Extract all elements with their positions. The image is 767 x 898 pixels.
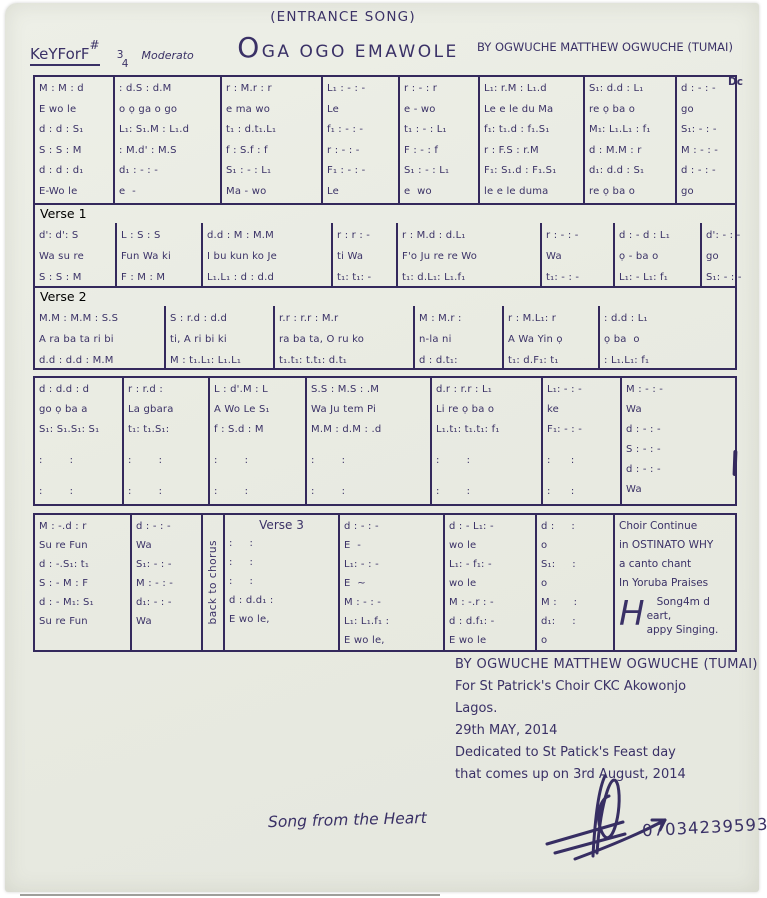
verse3-label: Verse 3 [229, 517, 334, 534]
notation-line: f : S.f : f [226, 141, 317, 162]
notation-line: t₁.t₁: t.t₁: d.t₁ [279, 350, 409, 371]
notation-cell: d': d': SWa su reS : S : M [35, 223, 117, 286]
notation-line: d : - : - [344, 517, 439, 536]
notation-line: M : - : - [344, 593, 439, 612]
notation-line: S : r.d : d.d [170, 308, 269, 329]
notation-line: L₁: - L₁: f₁ [619, 267, 696, 288]
notation-line: S : - : - [626, 440, 735, 460]
notation-line: f₁ : - : - [327, 120, 394, 141]
notation-line: ti, A ri bi ki [170, 329, 269, 350]
notation-line: M : t₁.L₁: L₁.L₁ [170, 350, 269, 371]
notation-cell: r : r.d :La gbarat₁: t₁.S₁:: :: : [124, 378, 210, 504]
notation-line: M : - : - [626, 380, 735, 400]
notation-line: E-Wo le [39, 182, 109, 203]
notation-line: d : - L₁: - [449, 517, 531, 536]
notation-line: t₁ : d.t₁.L₁ [226, 120, 317, 141]
notation-line: Le [327, 100, 394, 121]
notation-line: : d.d : L₁ [604, 308, 735, 329]
notation-line: r : - : - [546, 225, 609, 246]
stave-columns: M.M : M.M : S.SA ra ba ta ri bid.d : d.d… [35, 306, 735, 368]
notation-line: Wa [546, 246, 609, 267]
notation-cell: : d.d : L₁ọ ba o: L₁.L₁: f₁ [600, 306, 739, 368]
notation-line: L₁.L₁ : d : d.d [207, 267, 327, 288]
notation-cell: L₁: r.M : L₁.dLe e le du Maf₁: t₁.d : f₁… [480, 77, 585, 203]
notation-line: t₁: d.L₁: L₁.f₁ [402, 267, 536, 288]
notation-cell: d': - : -goS₁: - : - [702, 223, 739, 286]
notation-line: o ọ ga o go [119, 100, 216, 121]
notation-cell: r : r : -ti Wat₁: t₁: - [333, 223, 398, 286]
notation-line: A ra ba ta ri bi [39, 329, 160, 350]
choir-note-cell: Choir Continuein OSTINATO WHYa canto cha… [615, 515, 739, 650]
notation-line: S₁: d.d : L₁ [589, 79, 671, 100]
verse2-staff: Verse 2M.M : M.M : S.SA ra ba ta ri bid.… [33, 286, 737, 370]
notation-cell: M : M : dE wo led : d : S₁S : S : Md : d… [35, 77, 115, 203]
stave-columns: d': d': SWa su reS : S : ML : S : SFun W… [35, 223, 735, 286]
notation-line: : : [547, 482, 616, 502]
notation-line: : M.d' : M.S [119, 141, 216, 162]
notation-line: : : [229, 553, 334, 572]
notation-cell: d : - d : L₁ọ - ba oL₁: - L₁: f₁ [615, 223, 702, 286]
notation-line: go [681, 100, 735, 121]
notation-cell: d : d.d : dgo ọ ba aS₁: S₁.S₁: S₁: :: : [35, 378, 124, 504]
notation-line: d : -.S₁: t₁ [39, 555, 126, 574]
verse-label: Verse 1 [35, 205, 735, 223]
notation-line: S₁ : - : L₁ [404, 161, 474, 182]
choir-note-line: In Yoruba Praises [619, 574, 735, 593]
notation-cell: r : - : re - wot₁ : - : L₁F : - : fS₁ : … [400, 77, 480, 203]
notation-line: L₁: - : - [344, 555, 439, 574]
notation-line: r : - : - [327, 141, 394, 162]
composer-name: OGWUCHE MATTHEW OGWUCHE (TUMAI) [495, 40, 733, 54]
notation-line: r.r : r.r : M.r [279, 308, 409, 329]
notation-line: re ọ ba o [589, 182, 671, 203]
notation-cell: L : d'.M : LA Wo Le S₁f : S.d : M: :: : [210, 378, 307, 504]
tempo-marking: Moderato [141, 49, 193, 62]
notation-line: r : r : - [337, 225, 392, 246]
notation-cell: d : - L₁: -wo leL₁: - f₁: -wo leM : -.r … [445, 515, 537, 650]
notation-line: d : : [541, 517, 609, 536]
notation-line: F'o Ju re re Wo [402, 246, 536, 267]
byline: BY OGWUCHE MATTHEW OGWUCHE (TUMAI) [477, 40, 761, 54]
notation-line: : : [311, 482, 426, 502]
notation-line: L₁: - f₁: - [449, 555, 531, 574]
notation-line: d : d : d₁ [39, 161, 109, 182]
notation-line: M : : [541, 593, 609, 612]
notation-line: d₁ : - : - [119, 161, 216, 182]
notation-line: d : - : - [681, 79, 735, 100]
notation-line: ke [547, 400, 616, 420]
notation-line: go [681, 182, 735, 203]
stave-columns: d : d.d : dgo ọ ba aS₁: S₁.S₁: S₁: :: :r… [35, 378, 735, 504]
notation-line: d': d': S [39, 225, 111, 246]
notation-cell: r : M.r : re ma wot₁ : d.t₁.L₁f : S.f : … [222, 77, 323, 203]
notation-line: d': - : - [706, 225, 735, 246]
notation-cell: Verse 3: :: :: :d : d.d₁ :E wo le, [225, 515, 340, 650]
notation-line: le e le duma [484, 182, 579, 203]
notation-line: L₁: S₁.M : L₁.d [119, 120, 216, 141]
notation-line: : : [128, 482, 204, 502]
notation-line: ọ ba o [604, 329, 735, 350]
notation-line: d : - : - [681, 161, 735, 182]
notation-line: : : [39, 482, 118, 502]
notation-line: r : M.r : r [226, 79, 317, 100]
notation-line: Wa [626, 400, 735, 420]
notation-cell: d.r : r.r : L₁Li re ọ ba oL₁.t₁: t₁.t₁: … [432, 378, 543, 504]
notation-line: Li re ọ ba o [436, 400, 537, 420]
notation-line: t₁: t₁: - [337, 267, 392, 288]
notation-line: S.S : M.S : .M [311, 380, 426, 400]
notation-line: e - wo [404, 100, 474, 121]
back-to-chorus-label: back to chorus [207, 540, 219, 624]
notation-line: Wa [626, 480, 735, 500]
entrance-song-label: (ENTRANCE SONG) [228, 9, 458, 25]
verse-label: Verse 2 [35, 288, 735, 306]
notation-line: r : M.d : d.L₁ [402, 225, 536, 246]
notation-line: d : - : - [626, 460, 735, 480]
choir-note-line: Choir Continue [619, 517, 735, 536]
notation-line: A Wa Yin ọ [508, 329, 594, 350]
monogram-text: Song4m deart,appy Singing. [647, 595, 719, 637]
notation-line: d.r : r.r : L₁ [436, 380, 537, 400]
notation-line: A Wo Le S₁ [214, 400, 301, 420]
stave-columns: M : M : dE wo led : d : S₁S : S : Md : d… [35, 77, 735, 203]
notation-line: d₁: : [541, 612, 609, 631]
notation-line: S : - M : F [39, 574, 126, 593]
choir-note-line: in OSTINATO WHY [619, 536, 735, 555]
notation-cell: S.S : M.S : .MWa Ju tem PiM.M : d.M : .d… [307, 378, 432, 504]
notation-line: F : M : M [121, 267, 197, 288]
notation-line: d : d.d₁ : [229, 591, 334, 610]
notation-line: t₁: d.F₁: t₁ [508, 350, 594, 371]
notation-line: S₁: : [541, 555, 609, 574]
notation-line: d.d : d.d : M.M [39, 350, 160, 371]
notation-line: d : d.f₁: - [449, 612, 531, 631]
notation-line: : : [547, 451, 616, 471]
notation-line: : : [311, 451, 426, 471]
notation-line: M.M : M.M : S.S [39, 308, 160, 329]
notation-line: La gbara [128, 400, 204, 420]
notation-line: L₁: r.M : L₁.d [484, 79, 579, 100]
key-signature: KeYForF# [30, 45, 100, 66]
notation-line: go [706, 246, 735, 267]
notation-line: o [541, 574, 609, 593]
song-from-heart-monogram: HSong4m deart,appy Singing. [619, 595, 735, 637]
key-signature-line: KeYForF# 34 Moderato [30, 42, 194, 69]
song-title: OGA OGO EMAWOLE [196, 31, 500, 64]
notation-line: ti Wa [337, 246, 392, 267]
notation-line: L : d'.M : L [214, 380, 301, 400]
notation-line: d : M.M : r [589, 141, 671, 162]
notation-line: Fun Wa ki [121, 246, 197, 267]
monogram-line: eart, [647, 609, 719, 623]
notation-line: Su re Fun [39, 536, 126, 555]
notation-line: o [541, 631, 609, 650]
notation-line: ra ba ta, O ru ko [279, 329, 409, 350]
notation-line: L₁.t₁: t₁.t₁: f₁ [436, 420, 537, 440]
scan-edge-line [20, 894, 440, 896]
notation-line: E wo le [39, 100, 109, 121]
notation-line: t₁: t₁.S₁: [128, 420, 204, 440]
notation-line: : : [39, 451, 118, 471]
notation-line: S₁ : - : L₁ [226, 161, 317, 182]
notation-cell: r.r : r.r : M.rra ba ta, O ru kot₁.t₁: t… [275, 306, 415, 368]
bridge-staff: d : d.d : dgo ọ ba aS₁: S₁.S₁: S₁: :: :r… [33, 376, 737, 506]
notation-line: M : -.r : - [449, 593, 531, 612]
back-to-chorus-cell: back to chorus [203, 515, 225, 650]
notation-line: r : - : r [404, 79, 474, 100]
notation-line: d : - : - [136, 517, 197, 536]
notation-cell: d : :oS₁: :oM : :d₁: :o [537, 515, 615, 650]
notation-line: Wa [136, 536, 197, 555]
footer-byline: BY OGWUCHE MATTHEW OGWUCHE (TUMAI) [455, 654, 755, 676]
notation-line: Ma - wo [226, 182, 317, 203]
notation-line: F₁: S₁.d : F₁.S₁ [484, 161, 579, 182]
notation-line: r : M.L₁: r [508, 308, 594, 329]
stave-columns: M : -.d : rSu re Fund : -.S₁: t₁S : - M … [35, 515, 735, 650]
notation-line: go ọ ba a [39, 400, 118, 420]
notation-line: t₁: - : - [546, 267, 609, 288]
choir-note-line: a canto chant [619, 555, 735, 574]
notation-line: E - [344, 536, 439, 555]
notation-line: d₁: - : - [136, 593, 197, 612]
notation-line: r : r.d : [128, 380, 204, 400]
notation-cell: S₁: d.d : L₁re ọ ba oM₁: L₁.L₁ : f₁d : M… [585, 77, 677, 203]
notation-line: t₁ : - : L₁ [404, 120, 474, 141]
notation-line: : : [436, 451, 537, 471]
notation-cell: r : M.L₁: rA Wa Yin ọt₁: d.F₁: t₁ [504, 306, 600, 368]
notation-line: : : [214, 451, 301, 471]
notation-line: ọ - ba o [619, 246, 696, 267]
notation-line: d.d : M : M.M [207, 225, 327, 246]
notation-line: wo le [449, 574, 531, 593]
signature-scribble [535, 758, 675, 863]
notation-line: : : [436, 482, 537, 502]
footer-date: 29th MAY, 2014 [455, 720, 755, 742]
notation-line: re ọ ba o [589, 100, 671, 121]
notation-line: M : - : - [681, 141, 735, 162]
footer-place: Lagos. [455, 698, 755, 720]
notation-line: : : [229, 572, 334, 591]
notation-line: L : S : S [121, 225, 197, 246]
monogram-line: appy Singing. [647, 623, 719, 637]
footer-dedicatee: For St Patrick's Choir CKC Akowonjo [455, 676, 755, 698]
notation-cell: r : M.d : d.L₁F'o Ju re re Wot₁: d.L₁: L… [398, 223, 542, 286]
notation-cell: S : r.d : d.dti, A ri bi kiM : t₁.L₁: L₁… [166, 306, 275, 368]
notation-line: d : - M₁: S₁ [39, 593, 126, 612]
notation-line: : : [214, 482, 301, 502]
notation-line: E wo le, [229, 610, 334, 629]
notation-line: F₁: - : - [547, 420, 616, 440]
notation-line: S₁: S₁.S₁: S₁ [39, 420, 118, 440]
notation-line: Le e le du Ma [484, 100, 579, 121]
notation-line: f : S.d : M [214, 420, 301, 440]
notation-line: d : - d : L₁ [619, 225, 696, 246]
sharp-symbol: # [90, 38, 100, 52]
notation-line: S : S : M [39, 267, 111, 288]
notation-cell: : d.S : d.Mo ọ ga o goL₁: S₁.M : L₁.d: M… [115, 77, 222, 203]
notation-line: E ~ [344, 574, 439, 593]
notation-line: E wo le [449, 631, 531, 650]
notation-line: Su re Fun [39, 612, 126, 631]
notation-line: S₁: - : - [136, 555, 197, 574]
notation-cell: L₁: - : -keF₁: - : -: :: : [543, 378, 622, 504]
time-signature: 34 [117, 51, 129, 69]
notation-cell: d : - : -goS₁: - : -M : - : -d : - : -go [677, 77, 739, 203]
notation-line: Wa su re [39, 246, 111, 267]
notation-line: d₁: d.d : S₁ [589, 161, 671, 182]
notation-line: L₁ : - : - [327, 79, 394, 100]
notation-line: e ma wo [226, 100, 317, 121]
notation-cell: M : - : -Wad : - : -S : - : -d : - : -Wa [622, 378, 739, 504]
notation-cell: L₁ : - : -Lef₁ : - : -r : - : -F₁ : - : … [323, 77, 400, 203]
solfa-notation-grid: M : M : dE wo led : d : S₁S : S : Md : d… [33, 75, 737, 652]
notation-cell: M.M : M.M : S.SA ra ba ta ri bid.d : d.d… [35, 306, 166, 368]
notation-line: M₁: L₁.L₁ : f₁ [589, 120, 671, 141]
notation-line: d : d.d : d [39, 380, 118, 400]
notation-line: Wa Ju tem Pi [311, 400, 426, 420]
chorus-staff: M : M : dE wo led : d : S₁S : S : Md : d… [33, 75, 737, 205]
notation-line: M.M : d.M : .d [311, 420, 426, 440]
notation-line: S₁: - : - [706, 267, 735, 288]
notation-line: d : d.t₁: [419, 350, 498, 371]
notation-cell: d.d : M : M.MI bu kun ko JeL₁.L₁ : d : d… [203, 223, 333, 286]
notation-line: M : M : d [39, 79, 109, 100]
notation-line: r : F.S : r.M [484, 141, 579, 162]
notation-line: Wa [136, 612, 197, 631]
notation-line: S₁: - : - [681, 120, 735, 141]
notation-line: S : S : M [39, 141, 109, 162]
notation-line: : d.S : d.M [119, 79, 216, 100]
notation-cell: r : - : -Wat₁: - : - [542, 223, 615, 286]
notation-line: Le [327, 182, 394, 203]
notation-line: I bu kun ko Je [207, 246, 327, 267]
notation-line: : : [128, 451, 204, 471]
big-h-glyph: H [619, 595, 645, 637]
notation-cell: d : - : -WaS₁: - : -M : - : -d₁: - : -Wa [132, 515, 203, 650]
notation-line: o [541, 536, 609, 555]
verse1-staff: Verse 1d': d': SWa su reS : S : ML : S :… [33, 203, 737, 288]
notation-line: e wo [404, 182, 474, 203]
notation-line: F : - : f [404, 141, 474, 162]
notation-line: L₁: - : - [547, 380, 616, 400]
verse3-staff: M : -.d : rSu re Fund : -.S₁: t₁S : - M … [33, 513, 737, 652]
notation-line: e - [119, 182, 216, 203]
notation-cell: d : - : -E -L₁: - : -E ~M : - : -L₁: L₁.… [340, 515, 445, 650]
notation-line: n-la ni [419, 329, 498, 350]
monogram-line: Song4m d [647, 595, 719, 609]
notation-line: f₁: t₁.d : f₁.S₁ [484, 120, 579, 141]
notation-line: d : - : - [626, 420, 735, 440]
notation-line: : L₁.L₁: f₁ [604, 350, 735, 371]
notation-cell: M : M.r :n-la nid : d.t₁: [415, 306, 504, 368]
notation-line: d : d : S₁ [39, 120, 109, 141]
notation-line: wo le [449, 536, 531, 555]
notation-cell: L : S : SFun Wa kiF : M : M [117, 223, 203, 286]
notation-line: : : [229, 534, 334, 553]
notation-line: L₁: L₁.f₁ : [344, 612, 439, 631]
notation-line: M : M.r : [419, 308, 498, 329]
notation-line: M : -.d : r [39, 517, 126, 536]
notation-line: M : - : - [136, 574, 197, 593]
notation-line: F₁ : - : - [327, 161, 394, 182]
notation-line: E wo le, [344, 631, 439, 650]
notation-cell: M : -.d : rSu re Fund : -.S₁: t₁S : - M … [35, 515, 132, 650]
